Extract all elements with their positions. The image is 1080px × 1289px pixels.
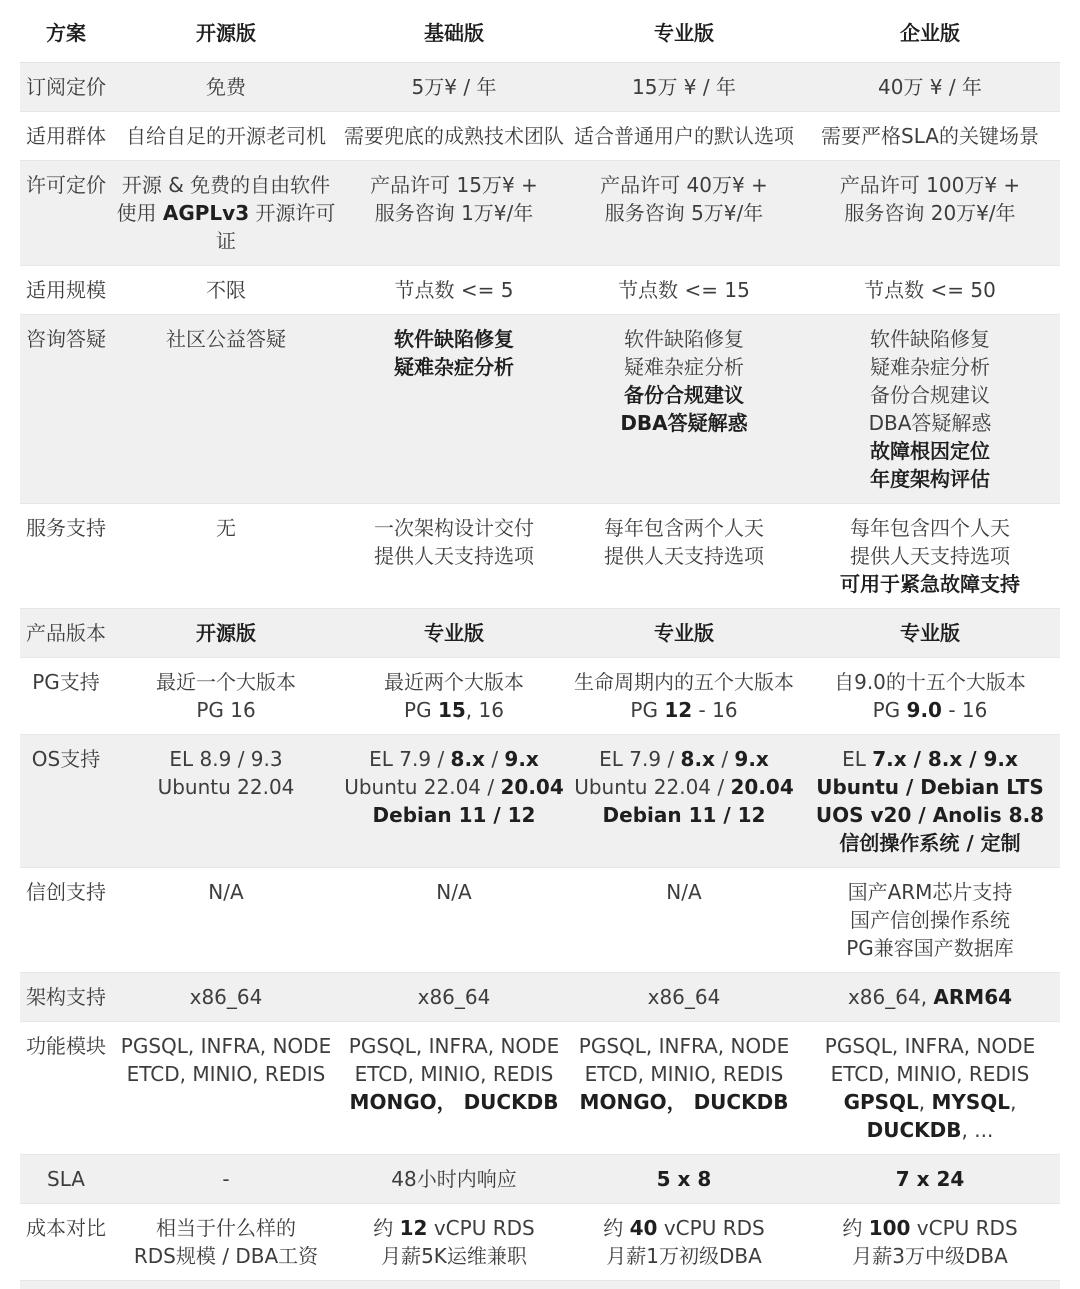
cell-cost-comparison-oss: 相当于什么样的RDS规模 / DBA工资 — [112, 1204, 340, 1281]
cell-line: 节点数 <= 50 — [804, 276, 1056, 304]
cell-product-edition-basic: 专业版 — [340, 609, 568, 658]
cell-line: 可用于紧急故障支持 — [804, 570, 1056, 598]
cell-line: 社区公益答疑 — [116, 325, 336, 353]
column-header-pro: 专业版 — [568, 4, 800, 63]
cell-cost-comparison-basic: 约 12 vCPU RDS月薪5K运维兼职 — [340, 1204, 568, 1281]
cell-arch-support-basic: x86_64 — [340, 973, 568, 1022]
cell-arch-support-enterprise: x86_64, ARM64 — [800, 973, 1060, 1022]
cell-line: EL 7.9 / 8.x / 9.x — [572, 745, 796, 773]
pricing-comparison-table: 方案开源版基础版专业版企业版 订阅定价免费5万¥ / 年15万 ¥ / 年40万… — [20, 4, 1060, 1281]
cell-line: 疑难杂症分析 — [572, 353, 796, 381]
table-row-sla: SLA-48小时内响应5 x 87 x 24 — [20, 1155, 1060, 1204]
cell-os-support-enterprise: EL 7.x / 8.x / 9.xUbuntu / Debian LTSUOS… — [800, 735, 1060, 868]
cell-line: N/A — [572, 878, 796, 906]
cell-line: 每年包含两个人天 — [572, 514, 796, 542]
cell-line: 专业版 — [804, 619, 1056, 647]
row-label-arch-support: 架构支持 — [20, 973, 112, 1022]
cell-line: DBA答疑解惑 — [572, 409, 796, 437]
cell-line: 节点数 <= 5 — [344, 276, 564, 304]
cell-target-users-pro: 适合普通用户的默认选项 — [568, 112, 800, 161]
cell-modules-enterprise: PGSQL, INFRA, NODEETCD, MINIO, REDISGPSQ… — [800, 1022, 1060, 1155]
row-label-os-support: OS支持 — [20, 735, 112, 868]
row-label-modules: 功能模块 — [20, 1022, 112, 1155]
cell-os-support-oss: EL 8.9 / 9.3Ubuntu 22.04 — [112, 735, 340, 868]
row-label-product-edition: 产品版本 — [20, 609, 112, 658]
cell-line: UOS v20 / Anolis 8.8 — [804, 801, 1056, 829]
cell-line: MONGO， DUCKDB — [344, 1088, 564, 1116]
table-row-subscription-pricing: 订阅定价免费5万¥ / 年15万 ¥ / 年40万 ¥ / 年 — [20, 63, 1060, 112]
column-header-enterprise: 企业版 — [800, 4, 1060, 63]
cell-pg-support-enterprise: 自9.0的十五个大版本PG 9.0 - 16 — [800, 658, 1060, 735]
cell-line: 每年包含四个人天 — [804, 514, 1056, 542]
cell-line: 48小时内响应 — [344, 1165, 564, 1193]
cell-line: ETCD, MINIO, REDIS — [344, 1060, 564, 1088]
cell-line: 节点数 <= 15 — [572, 276, 796, 304]
cell-modules-oss: PGSQL, INFRA, NODEETCD, MINIO, REDIS — [112, 1022, 340, 1155]
row-label-scale-limit: 适用规模 — [20, 266, 112, 315]
cell-subscription-pricing-pro: 15万 ¥ / 年 — [568, 63, 800, 112]
cell-line: Ubuntu 22.04 / 20.04 — [344, 773, 564, 801]
cell-line: 专业版 — [344, 619, 564, 647]
cell-line: 40万 ¥ / 年 — [804, 73, 1056, 101]
cell-service-support-enterprise: 每年包含四个人天提供人天支持选项可用于紧急故障支持 — [800, 504, 1060, 609]
cell-line: 15万 ¥ / 年 — [572, 73, 796, 101]
cell-line: Ubuntu 22.04 — [116, 773, 336, 801]
cell-line: - — [116, 1165, 336, 1193]
cell-line: 国产ARM芯片支持 — [804, 878, 1056, 906]
cell-scale-limit-enterprise: 节点数 <= 50 — [800, 266, 1060, 315]
cell-license-pricing-pro: 产品许可 40万¥ +服务咨询 5万¥/年 — [568, 161, 800, 266]
table-row-scale-limit: 适用规模不限节点数 <= 5节点数 <= 15节点数 <= 50 — [20, 266, 1060, 315]
cell-line: 国产信创操作系统 — [804, 906, 1056, 934]
table-row-xinchuang-support: 信创支持N/AN/AN/A国产ARM芯片支持国产信创操作系统PG兼容国产数据库 — [20, 868, 1060, 973]
cell-consulting-qa-enterprise: 软件缺陷修复疑难杂症分析备份合规建议DBA答疑解惑故障根因定位年度架构评估 — [800, 315, 1060, 504]
cell-line: 5万¥ / 年 — [344, 73, 564, 101]
cell-line: 软件缺陷修复 — [804, 325, 1056, 353]
cell-line: 月薪3万中级DBA — [804, 1242, 1056, 1270]
cell-line: EL 7.x / 8.x / 9.x — [804, 745, 1056, 773]
cell-subscription-pricing-enterprise: 40万 ¥ / 年 — [800, 63, 1060, 112]
cell-arch-support-pro: x86_64 — [568, 973, 800, 1022]
cell-line: 生命周期内的五个大版本 — [572, 668, 796, 696]
row-label-sla: SLA — [20, 1155, 112, 1204]
table-row-license-pricing: 许可定价开源 & 免费的自由软件使用 AGPLv3 开源许可证产品许可 15万¥… — [20, 161, 1060, 266]
cell-line: 不限 — [116, 276, 336, 304]
cell-line: PGSQL, INFRA, NODE — [804, 1032, 1056, 1060]
cell-service-support-basic: 一次架构设计交付提供人天支持选项 — [340, 504, 568, 609]
cell-line: 疑难杂症分析 — [344, 353, 564, 381]
table-row-arch-support: 架构支持x86_64x86_64x86_64x86_64, ARM64 — [20, 973, 1060, 1022]
cell-line: 月薪1万初级DBA — [572, 1242, 796, 1270]
cell-line: 软件缺陷修复 — [572, 325, 796, 353]
cell-line: N/A — [344, 878, 564, 906]
cell-line: x86_64 — [572, 983, 796, 1011]
cell-pg-support-basic: 最近两个大版本PG 15, 16 — [340, 658, 568, 735]
cell-target-users-oss: 自给自足的开源老司机 — [112, 112, 340, 161]
cell-line: 约 40 vCPU RDS — [572, 1214, 796, 1242]
column-header-oss: 开源版 — [112, 4, 340, 63]
cell-line: 提供人天支持选项 — [572, 542, 796, 570]
cell-line: x86_64 — [116, 983, 336, 1011]
cell-subscription-pricing-oss: 免费 — [112, 63, 340, 112]
cell-line: 提供人天支持选项 — [344, 542, 564, 570]
cell-line: 5 x 8 — [572, 1165, 796, 1193]
cell-line: 约 12 vCPU RDS — [344, 1214, 564, 1242]
cell-line: PGSQL, INFRA, NODE — [344, 1032, 564, 1060]
cell-line: 产品许可 100万¥ + — [804, 171, 1056, 199]
table-row-os-support: OS支持EL 8.9 / 9.3Ubuntu 22.04EL 7.9 / 8.x… — [20, 735, 1060, 868]
row-label-consulting-qa: 咨询答疑 — [20, 315, 112, 504]
row-label-pg-support: PG支持 — [20, 658, 112, 735]
row-label-license-pricing: 许可定价 — [20, 161, 112, 266]
cell-line: EL 7.9 / 8.x / 9.x — [344, 745, 564, 773]
cell-cost-comparison-enterprise: 约 100 vCPU RDS月薪3万中级DBA — [800, 1204, 1060, 1281]
cell-line: PG 15, 16 — [344, 696, 564, 724]
cell-line: 产品许可 15万¥ + — [344, 171, 564, 199]
cell-line: 适合普通用户的默认选项 — [572, 122, 796, 150]
cell-line: 年度架构评估 — [804, 465, 1056, 493]
cell-pg-support-pro: 生命周期内的五个大版本PG 12 - 16 — [568, 658, 800, 735]
cell-line: PG 9.0 - 16 — [804, 696, 1056, 724]
cell-sla-basic: 48小时内响应 — [340, 1155, 568, 1204]
cell-line: GPSQL, MYSQL, DUCKDB, ... — [804, 1088, 1056, 1144]
next-row-clipped-strip — [20, 1281, 1060, 1289]
cell-pg-support-oss: 最近一个大版本PG 16 — [112, 658, 340, 735]
row-label-cost-comparison: 成本对比 — [20, 1204, 112, 1281]
cell-os-support-basic: EL 7.9 / 8.x / 9.xUbuntu 22.04 / 20.04De… — [340, 735, 568, 868]
cell-service-support-pro: 每年包含两个人天提供人天支持选项 — [568, 504, 800, 609]
cell-line: 约 100 vCPU RDS — [804, 1214, 1056, 1242]
pricing-page: 方案开源版基础版专业版企业版 订阅定价免费5万¥ / 年15万 ¥ / 年40万… — [0, 0, 1080, 1289]
cell-line: N/A — [116, 878, 336, 906]
cell-line: 产品许可 40万¥ + — [572, 171, 796, 199]
cell-line: x86_64, ARM64 — [804, 983, 1056, 1011]
cell-product-edition-enterprise: 专业版 — [800, 609, 1060, 658]
cell-target-users-enterprise: 需要严格SLA的关键场景 — [800, 112, 1060, 161]
cell-xinchuang-support-enterprise: 国产ARM芯片支持国产信创操作系统PG兼容国产数据库 — [800, 868, 1060, 973]
table-row-modules: 功能模块PGSQL, INFRA, NODEETCD, MINIO, REDIS… — [20, 1022, 1060, 1155]
cell-line: 备份合规建议 — [804, 381, 1056, 409]
cell-line: 需要严格SLA的关键场景 — [804, 122, 1056, 150]
cell-line: 自9.0的十五个大版本 — [804, 668, 1056, 696]
cell-line: 信创操作系统 / 定制 — [804, 829, 1056, 857]
cell-consulting-qa-pro: 软件缺陷修复疑难杂症分析备份合规建议DBA答疑解惑 — [568, 315, 800, 504]
cell-line: 提供人天支持选项 — [804, 542, 1056, 570]
cell-line: PGSQL, INFRA, NODE — [116, 1032, 336, 1060]
cell-line: 需要兜底的成熟技术团队 — [344, 122, 564, 150]
header-row: 方案开源版基础版专业版企业版 — [20, 4, 1060, 63]
cell-line: 服务咨询 20万¥/年 — [804, 199, 1056, 227]
cell-line: 免费 — [116, 73, 336, 101]
cell-line: Ubuntu / Debian LTS — [804, 773, 1056, 801]
cell-xinchuang-support-basic: N/A — [340, 868, 568, 973]
cell-line: 最近一个大版本 — [116, 668, 336, 696]
cell-scale-limit-pro: 节点数 <= 15 — [568, 266, 800, 315]
table-row-service-support: 服务支持无一次架构设计交付提供人天支持选项每年包含两个人天提供人天支持选项每年包… — [20, 504, 1060, 609]
column-header-plan: 方案 — [20, 4, 112, 63]
cell-line: DBA答疑解惑 — [804, 409, 1056, 437]
cell-line: PGSQL, INFRA, NODE — [572, 1032, 796, 1060]
cell-xinchuang-support-oss: N/A — [112, 868, 340, 973]
table-row-cost-comparison: 成本对比相当于什么样的RDS规模 / DBA工资约 12 vCPU RDS月薪5… — [20, 1204, 1060, 1281]
cell-sla-pro: 5 x 8 — [568, 1155, 800, 1204]
cell-line: 备份合规建议 — [572, 381, 796, 409]
cell-line: ETCD, MINIO, REDIS — [116, 1060, 336, 1088]
table-row-product-edition: 产品版本开源版专业版专业版专业版 — [20, 609, 1060, 658]
cell-line: 自给自足的开源老司机 — [116, 122, 336, 150]
cell-consulting-qa-oss: 社区公益答疑 — [112, 315, 340, 504]
cell-sla-enterprise: 7 x 24 — [800, 1155, 1060, 1204]
cell-arch-support-oss: x86_64 — [112, 973, 340, 1022]
cell-line: 服务咨询 5万¥/年 — [572, 199, 796, 227]
cell-consulting-qa-basic: 软件缺陷修复疑难杂症分析 — [340, 315, 568, 504]
cell-line: 开源 & 免费的自由软件 — [116, 171, 336, 199]
cell-subscription-pricing-basic: 5万¥ / 年 — [340, 63, 568, 112]
cell-line: ETCD, MINIO, REDIS — [572, 1060, 796, 1088]
cell-cost-comparison-pro: 约 40 vCPU RDS月薪1万初级DBA — [568, 1204, 800, 1281]
row-label-service-support: 服务支持 — [20, 504, 112, 609]
cell-scale-limit-oss: 不限 — [112, 266, 340, 315]
cell-line: 相当于什么样的 — [116, 1214, 336, 1242]
table-row-target-users: 适用群体自给自足的开源老司机需要兜底的成熟技术团队适合普通用户的默认选项需要严格… — [20, 112, 1060, 161]
cell-license-pricing-basic: 产品许可 15万¥ +服务咨询 1万¥/年 — [340, 161, 568, 266]
cell-target-users-basic: 需要兜底的成熟技术团队 — [340, 112, 568, 161]
cell-line: MONGO， DUCKDB — [572, 1088, 796, 1116]
cell-line: Debian 11 / 12 — [344, 801, 564, 829]
cell-line: PG 12 - 16 — [572, 696, 796, 724]
cell-line: 专业版 — [572, 619, 796, 647]
row-label-xinchuang-support: 信创支持 — [20, 868, 112, 973]
row-label-target-users: 适用群体 — [20, 112, 112, 161]
cell-line: PG兼容国产数据库 — [804, 934, 1056, 962]
cell-scale-limit-basic: 节点数 <= 5 — [340, 266, 568, 315]
cell-modules-pro: PGSQL, INFRA, NODEETCD, MINIO, REDISMONG… — [568, 1022, 800, 1155]
cell-line: 一次架构设计交付 — [344, 514, 564, 542]
cell-line: x86_64 — [344, 983, 564, 1011]
cell-line: 故障根因定位 — [804, 437, 1056, 465]
cell-line: 使用 AGPLv3 开源许可证 — [116, 199, 336, 255]
cell-line: 软件缺陷修复 — [344, 325, 564, 353]
cell-product-edition-oss: 开源版 — [112, 609, 340, 658]
cell-line: 开源版 — [116, 619, 336, 647]
cell-product-edition-pro: 专业版 — [568, 609, 800, 658]
cell-line: 无 — [116, 514, 336, 542]
cell-license-pricing-oss: 开源 & 免费的自由软件使用 AGPLv3 开源许可证 — [112, 161, 340, 266]
cell-line: RDS规模 / DBA工资 — [116, 1242, 336, 1270]
cell-modules-basic: PGSQL, INFRA, NODEETCD, MINIO, REDISMONG… — [340, 1022, 568, 1155]
cell-line: 7 x 24 — [804, 1165, 1056, 1193]
cell-line: 服务咨询 1万¥/年 — [344, 199, 564, 227]
cell-line: EL 8.9 / 9.3 — [116, 745, 336, 773]
cell-line: 月薪5K运维兼职 — [344, 1242, 564, 1270]
table-row-consulting-qa: 咨询答疑社区公益答疑软件缺陷修复疑难杂症分析软件缺陷修复疑难杂症分析备份合规建议… — [20, 315, 1060, 504]
cell-os-support-pro: EL 7.9 / 8.x / 9.xUbuntu 22.04 / 20.04De… — [568, 735, 800, 868]
cell-license-pricing-enterprise: 产品许可 100万¥ +服务咨询 20万¥/年 — [800, 161, 1060, 266]
cell-sla-oss: - — [112, 1155, 340, 1204]
table-row-pg-support: PG支持最近一个大版本PG 16最近两个大版本PG 15, 16生命周期内的五个… — [20, 658, 1060, 735]
cell-line: 疑难杂症分析 — [804, 353, 1056, 381]
cell-line: 最近两个大版本 — [344, 668, 564, 696]
cell-line: ETCD, MINIO, REDIS — [804, 1060, 1056, 1088]
cell-line: Debian 11 / 12 — [572, 801, 796, 829]
cell-line: Ubuntu 22.04 / 20.04 — [572, 773, 796, 801]
cell-service-support-oss: 无 — [112, 504, 340, 609]
cell-xinchuang-support-pro: N/A — [568, 868, 800, 973]
column-header-basic: 基础版 — [340, 4, 568, 63]
row-label-subscription-pricing: 订阅定价 — [20, 63, 112, 112]
cell-line: PG 16 — [116, 696, 336, 724]
